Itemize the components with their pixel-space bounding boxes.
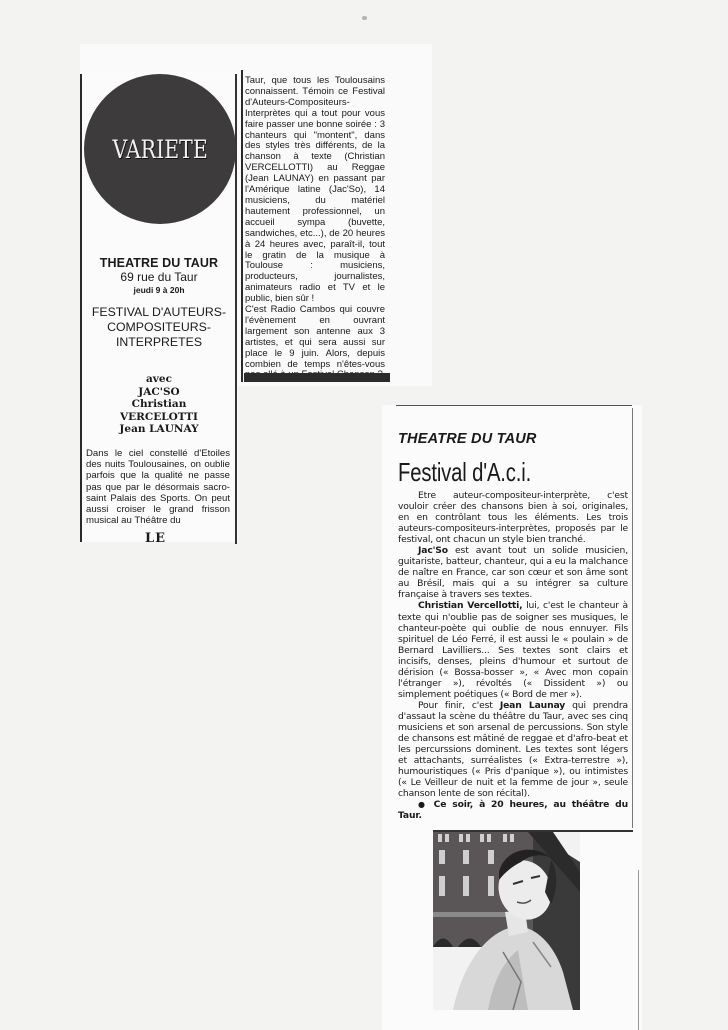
scan-speck — [362, 16, 367, 20]
artist-name: Jean Launay — [500, 700, 565, 711]
lineup-line: VERCELOTTI — [84, 411, 234, 424]
event-date: jeudi 9 à 20h — [84, 285, 234, 295]
decorative-bar — [244, 373, 390, 382]
event-title-line: FESTIVAL D'AUTEURS- — [84, 305, 234, 320]
article-column-2: Taur, que tous les Toulousains connaisse… — [245, 76, 385, 381]
paragraph: Etre auteur-compositeur-interprète, c'es… — [398, 490, 628, 545]
paragraph: Christian Vercellotti, lui, c'est le cha… — [398, 600, 628, 699]
photo-portrait — [433, 832, 580, 1010]
venue-title: THEATRE DU TAUR — [84, 256, 234, 270]
paragraph: Pour finir, c'est Jean Launay qui prendr… — [398, 700, 628, 799]
event-title-line: INTERPRETES — [84, 335, 234, 350]
lineup-line: avec — [84, 373, 234, 386]
event-footer: ● Ce soir, à 20 heures, au théâtre du Ta… — [398, 799, 628, 821]
intro-paragraph: Dans le ciel constellé d'Etoiles des nui… — [86, 448, 230, 526]
lineup-line: Christian — [84, 398, 234, 411]
article-kicker: THEATRE DU TAUR — [398, 431, 537, 447]
lineup-line: JAC'SO — [84, 386, 234, 399]
venue-address: 69 rue du Taur — [84, 270, 234, 284]
column-rule — [80, 74, 82, 542]
footer-text: Ce soir, à 20 heures, au théâtre du Taur… — [398, 799, 628, 821]
bullet-icon: ● — [398, 800, 428, 809]
portrait-image — [433, 832, 580, 1010]
paragraph: Taur, que tous les Toulousains connaisse… — [245, 76, 385, 305]
section-badge-label: VARIETE — [112, 135, 207, 164]
section-badge-circle: VARIETE — [84, 74, 236, 224]
clipping-edge-line — [396, 405, 632, 406]
artist-name: Jac'So — [418, 545, 448, 556]
column-rule — [632, 408, 633, 828]
event-title-line: COMPOSITEURS- — [84, 320, 234, 335]
author-signature: LE — [145, 531, 166, 546]
paragraph-text: lui, c'est le chanteur à texte qui n'oub… — [398, 600, 628, 699]
event-title: FESTIVAL D'AUTEURS- COMPOSITEURS- INTERP… — [84, 305, 234, 350]
article-headline: Festival d'A.c.i. — [398, 457, 531, 488]
lineup-line: Jean LAUNAY — [84, 423, 234, 436]
article-body: Etre auteur-compositeur-interprète, c'es… — [398, 490, 628, 821]
column-rule — [638, 870, 639, 1030]
paragraph-text: Pour finir, c'est — [418, 700, 500, 711]
column-rule — [241, 70, 243, 382]
paragraph: Jac'So est avant tout un solide musicien… — [398, 545, 628, 600]
paragraph: C'est Radio Cambos qui couvre l'évènemen… — [245, 305, 385, 381]
paragraph-text: qui prendra d'assaut la scène du théâtre… — [398, 700, 628, 799]
artist-name: Christian Vercellotti, — [418, 600, 523, 611]
lineup: avec JAC'SO Christian VERCELOTTI Jean LA… — [84, 373, 234, 436]
